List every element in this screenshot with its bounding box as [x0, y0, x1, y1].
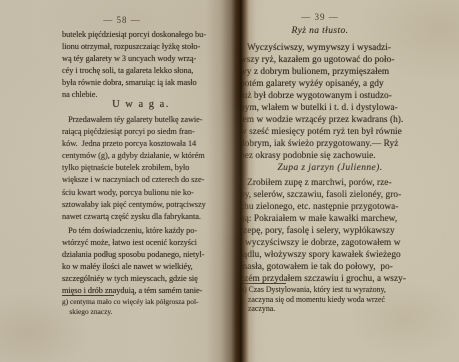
left-page-number: — 58 — [62, 15, 182, 25]
text-line: bez okrasy podobnie się zachowuie. [240, 150, 440, 162]
text-line: butelek pięćdziesiąt porcyi doskonałego … [62, 29, 222, 41]
text-line: zaczyna. [240, 304, 440, 314]
text-line: chu zielonego, etc. następnie przygotowa… [240, 201, 440, 213]
text-line: ściu kwart wody, porcya bulionu nie ko- [62, 187, 222, 199]
text-line: nym, wlałem w butelki i t. d. i dystylow… [240, 102, 440, 114]
text-line: nawet czwartą część zysku dla fabrykanta… [62, 211, 222, 223]
text-line: Przedawałem téy galarety butelkę zawie- [62, 114, 222, 126]
left-section-heading: U w a g a. [62, 99, 220, 110]
text-line: masła, gotowałem ie tak do połowy, po- [240, 261, 440, 273]
left-footnote-rule [62, 295, 114, 296]
text-line: rądlu, włożywszy spory kawałek świeżego [240, 249, 440, 261]
text-line: centymów (g), a gdyby działanie, w któré… [62, 150, 222, 162]
left-paragraph-2: Przedawałem téy galarety butelkę zawie-r… [62, 114, 222, 223]
text-line: potém galarety wyżéy opisanéy, a gdy [240, 78, 440, 90]
text-line: w sześć miesięcy potém ryż ten był równi… [240, 126, 440, 138]
text-line: raiącą pięćdziesiąt porcyi po siedm fran… [62, 126, 222, 138]
left-paragraph-3: Po tém doświadczeniu, które każdy po-wtó… [62, 225, 222, 298]
text-line: ko w małéy ilości ale nawet w wielkiéy, [62, 261, 222, 273]
text-line: większe i w naczyniach od czterech do sz… [62, 174, 222, 186]
text-line: ków. Jedna przeto porcya kosztowała 14 [62, 138, 222, 150]
right-paragraph-2: Zrobiłem zupę z marchwi, porów, rze-py, … [240, 177, 440, 285]
text-line: sztowałaby iak pięć centymów, potrąciwsz… [62, 199, 222, 211]
text-line: wą téy galarety w 3 uncyach wody wrzą- [62, 53, 222, 65]
text-line: lionu otrzymał, rozpuszczaiąc łyżkę stoł… [62, 41, 222, 53]
text-line: wy z dobrym bulionem, przymięszałem [240, 66, 440, 78]
text-line: działania podług sposobu podanego, niety… [62, 249, 222, 261]
text-line: h) Czas Dystylowania, który iest tu wyra… [240, 285, 440, 295]
text-line: szczególniéy w tych mieyscach, gdzie się [62, 273, 222, 285]
left-page: — 58 — butelek pięćdziesiąt porcyi dosko… [0, 0, 226, 362]
text-line: zaczyna się od momentu kiedy woda wrzeć [240, 295, 440, 305]
right-footnote-rule [240, 283, 286, 284]
right-page: — 39 — Ryż na tłusto. Wyczyściwszy, wymy… [226, 0, 459, 362]
left-paragraph-1: butelek pięćdziesiąt porcyi doskonałego … [62, 29, 222, 102]
right-footnote: h) Czas Dystylowania, który iest tu wyra… [240, 285, 440, 314]
text-line: py, selerów, szczawiu, fasoli zielonéy, … [240, 189, 440, 201]
text-line: rzepę, pory, fasolę i selery, wypłókawsz… [240, 225, 440, 237]
left-footnote: g) centyma mało co więcéy iak półgrosza … [62, 297, 222, 316]
text-line: Zrobiłem zupę z marchwi, porów, rze- [240, 177, 440, 189]
book-scan: — 58 — butelek pięćdziesiąt porcyi dosko… [0, 0, 459, 362]
right-section-heading: Zupa z jarzyn (Julienne). [240, 163, 420, 173]
right-paragraph-1: Wyczyściwszy, wymywszy i wysadzi-wszy ry… [240, 42, 440, 162]
text-line: ną: Pokraiałem w małe kawałki marchew, [240, 213, 440, 225]
text-line: céy i trochę soli, ta galareta lekko sło… [62, 65, 222, 77]
text-line: dobrym, iak świeżo przygotowany.— Ryż [240, 138, 440, 150]
text-line: g) centyma mało co więcéy iak półgrosza … [62, 297, 222, 307]
text-line: wszy ryż, kazałem go ugotować do poło- [240, 54, 440, 66]
text-line: tylko piętnaście butelek zrobiłem, było [62, 162, 222, 174]
text-line: Wyczyściwszy, wymywszy i wysadzi- [240, 42, 440, 54]
right-page-title: Ryż na tłusto. [240, 26, 400, 36]
text-line: łem w wodzie wrzącéy przez kwadrans (h). [240, 114, 440, 126]
text-line: iuż był dobrze wygotowanym i ostudzo- [240, 90, 440, 102]
text-line: i wyczyściwszy ie dobrze, zagotowałem w [240, 237, 440, 249]
text-line: Po tém doświadczeniu, które każdy po- [62, 225, 222, 237]
text-line: skiego znaczy. [62, 307, 222, 317]
text-line: wtórzyć może, łatwo iest ocenić korzyści [62, 237, 222, 249]
right-page-number: — 39 — [240, 12, 400, 22]
text-line: była równie dobra, smaruiąc ią iak masło [62, 77, 222, 89]
